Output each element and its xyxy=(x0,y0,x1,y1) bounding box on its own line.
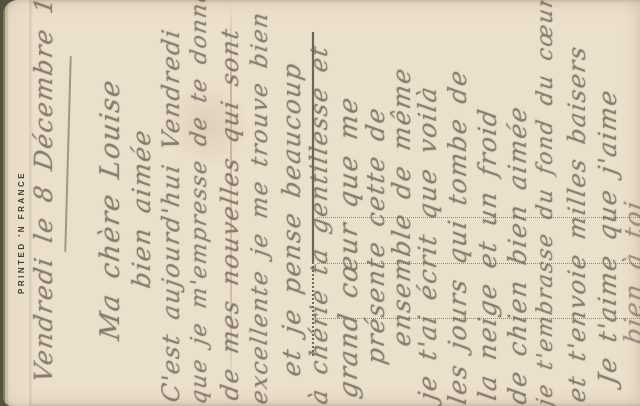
scanned-postcard-image: { "postcard": { "printed_label": "PRINTE… xyxy=(0,0,640,406)
handwriting-line: ensemble de même xyxy=(387,65,416,348)
handwriting-line: je t'embrasse du fond du cœur xyxy=(533,0,558,406)
handwriting-line: et t'envoie milles baisers xyxy=(563,43,591,404)
printed-in-france-label: PRINTED 'N FRANCE xyxy=(17,171,26,294)
handwriting-line: que je m'empresse de te donner xyxy=(187,0,212,406)
handwriting-line: de chien bien aimée xyxy=(503,103,532,406)
handwriting-line: C'est aujourd'hui Vendredi xyxy=(157,26,185,404)
handwriting-line: les jours qui tombe de xyxy=(443,67,472,406)
postcard-back: PRINTED 'N FRANCE Vendredi le 8 Décembre… xyxy=(3,0,640,406)
handwriting-line: Je t'aime que j'aime xyxy=(593,87,622,386)
handwriting-line: de mes nouvelles qui sont xyxy=(216,26,244,403)
handwriting-line: grand cœur que me xyxy=(334,94,364,400)
handwriting-line: bien à toi xyxy=(619,198,640,346)
handwriting-line: excellente je me trouve bien xyxy=(247,9,273,406)
handwriting-line: à chérie ta gentillesse et xyxy=(305,43,333,406)
handwriting-line: la neige et un froid xyxy=(473,106,502,402)
handwriting-line: je t'ai écrit que voilà xyxy=(413,83,442,402)
handwriting-line: et je pense beaucoup xyxy=(277,60,306,378)
rotated-text-layer: PRINTED 'N FRANCE Vendredi le 8 Décembre… xyxy=(3,0,640,406)
handwriting-line: Ma chère Louise xyxy=(95,77,126,343)
handwriting-flourish-stroke xyxy=(64,56,71,252)
handwriting-date-line: Vendredi le 8 Décembre 1916 xyxy=(29,0,58,384)
handwriting-line: bien aimée xyxy=(127,127,156,291)
handwriting-line: présente cette de xyxy=(361,105,390,367)
